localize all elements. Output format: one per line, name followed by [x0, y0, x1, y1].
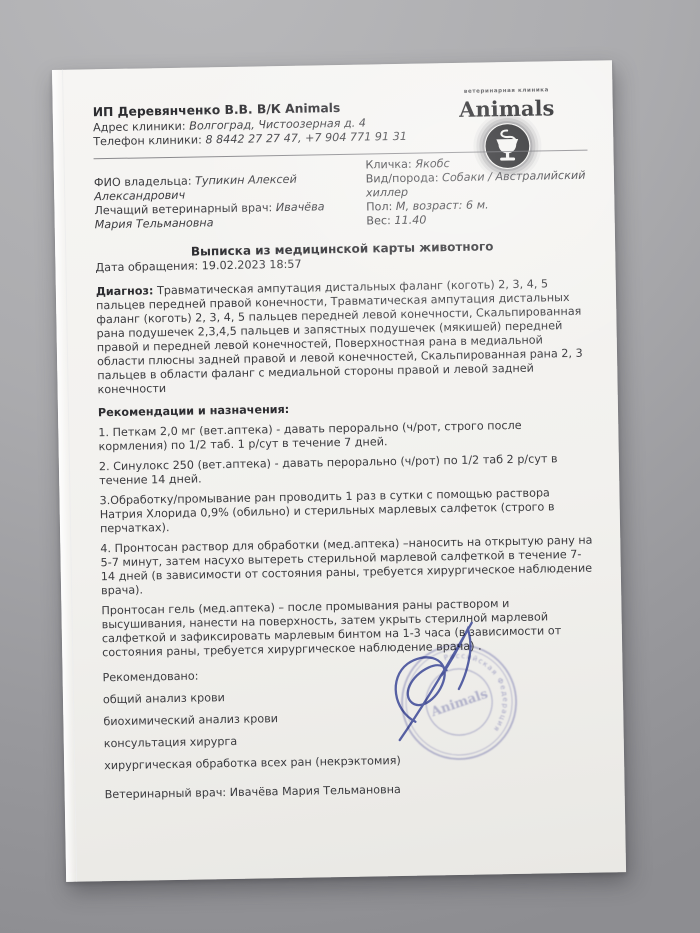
prescription-item: 3.Обработку/промывание ран проводить 1 р…	[99, 485, 594, 536]
prescription-item: 2. Синулокс 250 (вет.аптека) - давать пе…	[99, 451, 593, 488]
recommended-item: хирургическая обработка всех ран (некрэк…	[104, 750, 598, 773]
recommended-item: общий анализ крови	[103, 684, 597, 707]
address-label: Адрес клиники:	[93, 119, 186, 134]
recommended-item: консультация хирурга	[104, 728, 598, 751]
pet-weight-label: Вес:	[366, 214, 391, 227]
visit-date-label: Дата обращения:	[95, 259, 198, 274]
diagnosis-label: Диагноз:	[96, 284, 154, 298]
photo-background: ИП Деревянченко В.В. В/К Animals Адрес к…	[0, 0, 700, 933]
pet-sex-label: Пол:	[366, 200, 392, 213]
diagnosis-paragraph: Диагноз: Травматическая ампутация дистал…	[96, 276, 592, 397]
prescription-item: 4. Пронтосан раствор для обработки (мед.…	[100, 533, 595, 598]
letterhead: ИП Деревянченко В.В. В/К Animals Адрес к…	[93, 97, 588, 149]
bowl-of-hygieia-icon	[484, 123, 531, 170]
pet-breed-line: Вид/порода: Собаки / Австралийский хилле…	[366, 168, 589, 200]
diagnosis-text: Травматическая ампутация дистальных фала…	[96, 277, 583, 396]
pet-name-label: Кличка:	[365, 157, 412, 171]
pet-breed-label: Вид/порода:	[366, 171, 439, 185]
vet-line: Лечащий ветеринарный врач: Ивачёва Мария…	[94, 199, 352, 231]
visit-date-value: 19.02.2023 18:57	[202, 257, 302, 272]
pet-sex-value: М, возраст: 6 м.	[396, 198, 489, 213]
signature-value: Ивачёва Мария Тельмановна	[230, 783, 401, 799]
recommendations-heading: Рекомендации и назначения:	[98, 397, 592, 420]
owner-label: ФИО владельца:	[94, 174, 192, 189]
vet-signature-line: Ветеринарный врач: Ивачёва Мария Тельман…	[105, 779, 599, 802]
phone-value: 8 8442 27 27 47, +7 904 771 91 31	[205, 129, 407, 146]
document-paper: ИП Деревянченко В.В. В/К Animals Адрес к…	[52, 60, 626, 882]
signature-label: Ветеринарный врач:	[105, 786, 227, 801]
phone-label: Телефон клиники:	[93, 133, 202, 148]
pet-weight-line: Вес: 11.40	[366, 210, 589, 228]
owner-line: ФИО владельца: Тупикин Алексей Александр…	[94, 171, 352, 203]
signature-scribble	[384, 612, 494, 756]
recommended-heading: Рекомендовано:	[102, 662, 596, 685]
pet-weight-value: 11.40	[394, 213, 426, 227]
vet-label: Лечащий ветеринарный врач:	[94, 201, 272, 217]
clinic-logo: ветеринарная клиника Animals	[444, 83, 569, 170]
recommended-item: биохимический анализ крови	[103, 706, 597, 729]
prescription-item: Пронтосан гель (мед.аптека) – после пром…	[101, 595, 596, 660]
logo-brand: Animals	[445, 97, 569, 121]
document-content: ИП Деревянченко В.В. В/К Animals Адрес к…	[52, 60, 625, 802]
prescription-item: 1. Петкам 2,0 мг (вет.аптека) - давать п…	[98, 417, 592, 454]
